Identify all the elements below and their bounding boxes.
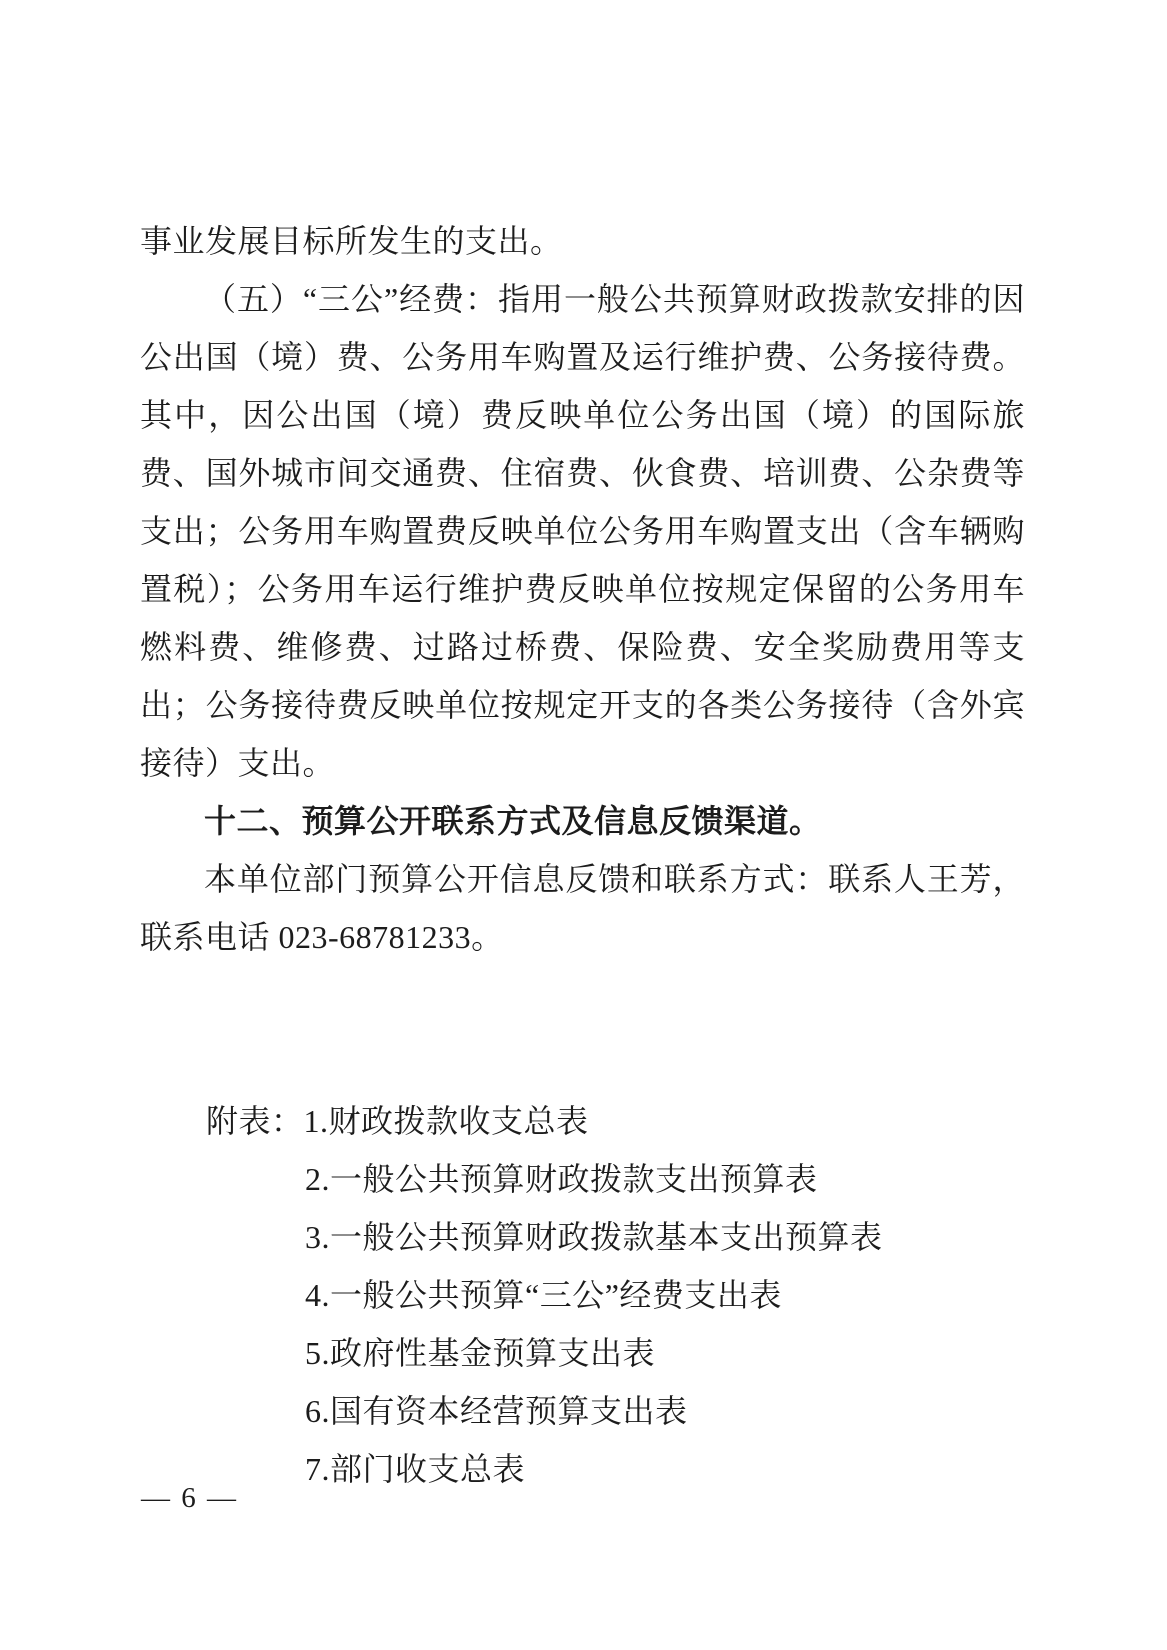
appendix-item: 4.一般公共预算“三公”经费支出表 [140, 1266, 1025, 1324]
appendix-item: 附表：1.财政拨款收支总表 [140, 1092, 1025, 1150]
appendix-item: 5.政府性基金预算支出表 [140, 1324, 1025, 1382]
appendix-item: 2.一般公共预算财政拨款支出预算表 [140, 1150, 1025, 1208]
document-body: 事业发展目标所发生的支出。 （五）“三公”经费：指用一般公共预算财政拨款安排的因… [140, 212, 1025, 1498]
page-number: — 6 — [141, 1478, 238, 1518]
document-page: 事业发展目标所发生的支出。 （五）“三公”经费：指用一般公共预算财政拨款安排的因… [0, 0, 1167, 1650]
paragraph-contact-details: 本单位部门预算公开信息反馈和联系方式：联系人王芳，联系电话 023-687812… [140, 850, 1025, 966]
section-heading-contact-info: 十二、预算公开联系方式及信息反馈渠道。 [140, 792, 1025, 850]
appendix-label: 附表： [206, 1103, 304, 1139]
appendix-item-text: 1.财政拨款收支总表 [304, 1103, 589, 1139]
appendix-table-list: 附表：1.财政拨款收支总表 2.一般公共预算财政拨款支出预算表 3.一般公共预算… [140, 1092, 1025, 1498]
appendix-item: 3.一般公共预算财政拨款基本支出预算表 [140, 1208, 1025, 1266]
paragraph-continuation: 事业发展目标所发生的支出。 [140, 212, 1025, 270]
appendix-item: 7.部门收支总表 [140, 1440, 1025, 1498]
appendix-item: 6.国有资本经营预算支出表 [140, 1382, 1025, 1440]
paragraph-three-public-funds-definition: （五）“三公”经费：指用一般公共预算财政拨款安排的因公出国（境）费、公务用车购置… [140, 270, 1025, 792]
